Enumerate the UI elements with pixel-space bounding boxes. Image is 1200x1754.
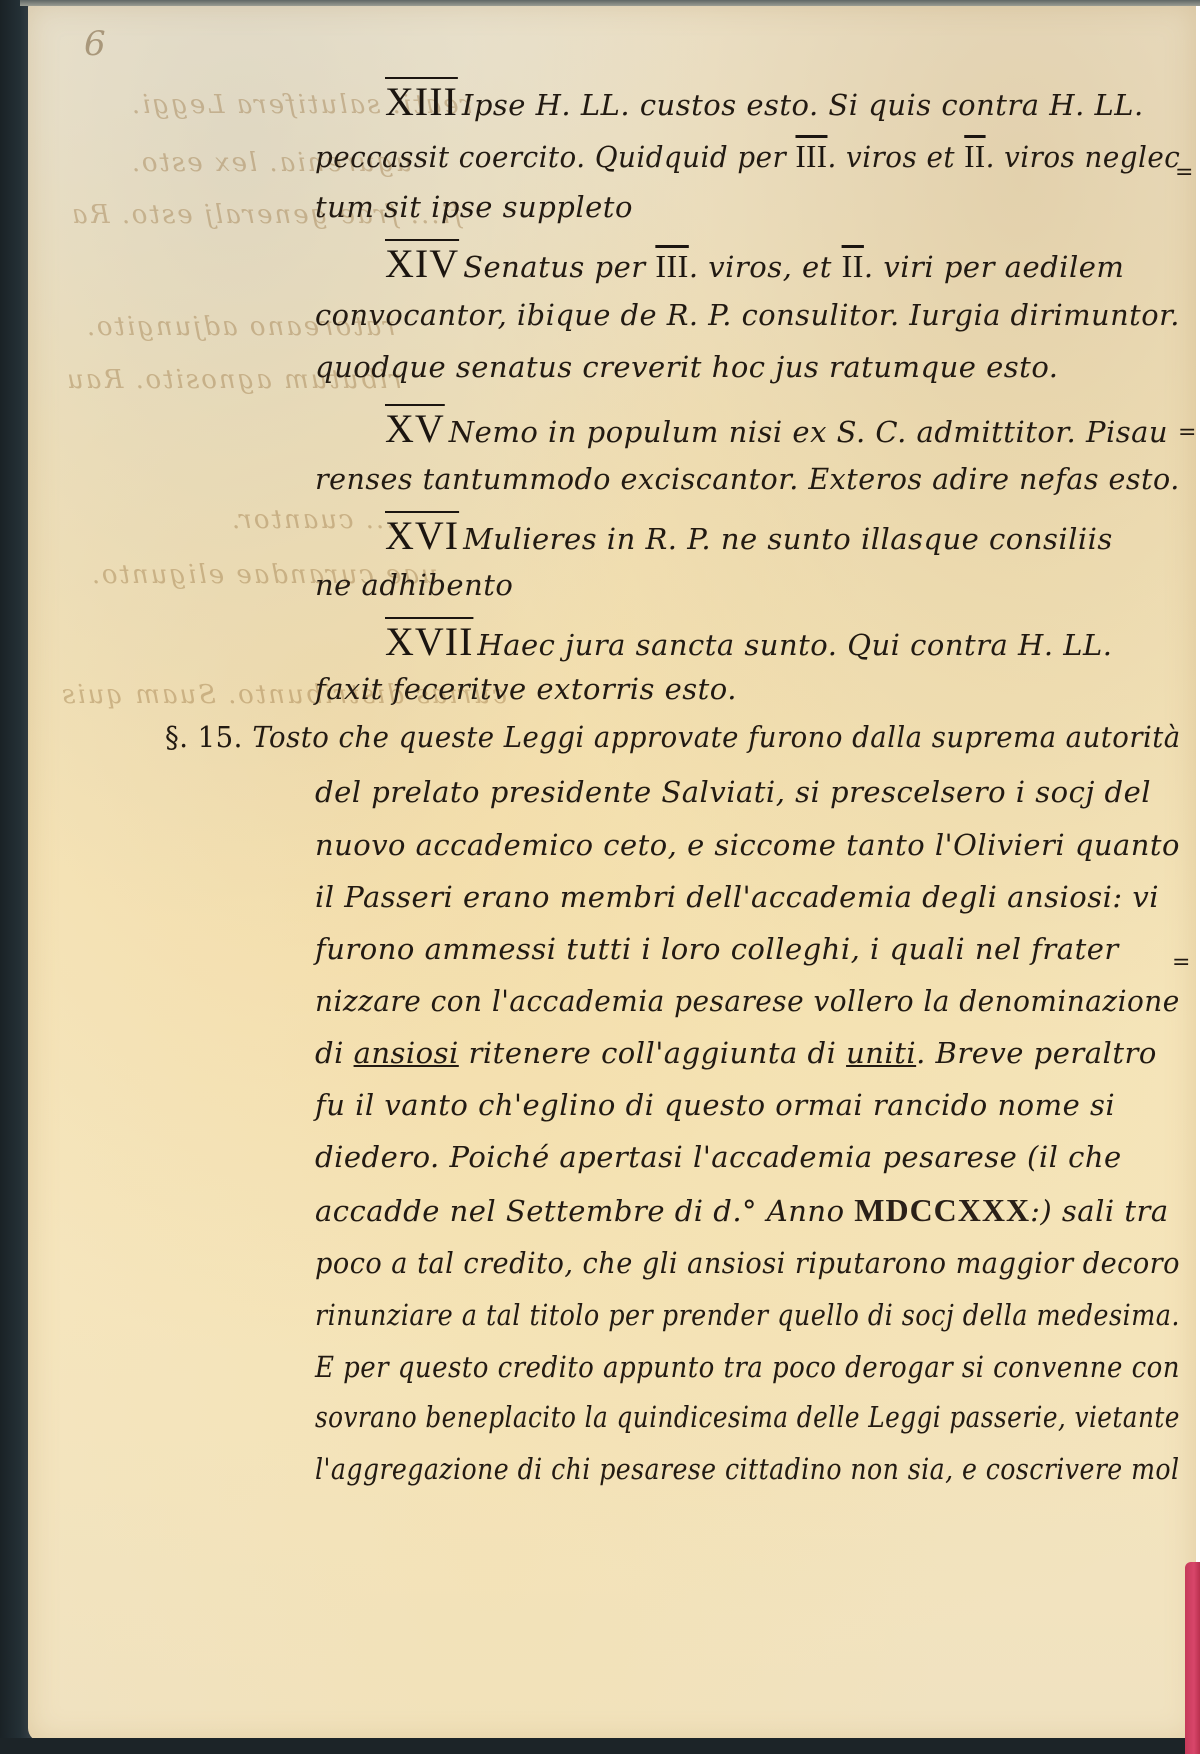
- law-xvi-line-2: ne adhibento: [315, 568, 513, 602]
- inline-numeral: II: [964, 138, 985, 174]
- law-numeral: XIV: [385, 241, 459, 286]
- inline-numeral: II: [842, 248, 864, 284]
- section-15-line-6: nizzare con l'accademia pesarese vollero…: [315, 984, 1180, 1018]
- law-xvi-line-1: XVIMulieres in R. P. ne sunto illasque c…: [385, 512, 1113, 559]
- law-numeral: XVII: [385, 619, 473, 664]
- page-bottom-edge: [0, 1738, 1200, 1754]
- section-15-line-1: §. 15.Tosto che queste Leggi approvate f…: [165, 720, 1181, 754]
- underlined-word: ansiosi: [354, 1036, 459, 1070]
- section-15-line-9: diedero. Poiché apertasi l'accademia pes…: [315, 1140, 1122, 1174]
- law-xv-line-2: renses tantummodo exciscantor. Exteros a…: [315, 462, 1180, 496]
- section-15-line-8: fu il vanto ch'eglino di questo ormai ra…: [315, 1088, 1115, 1122]
- section-15-line-15: l'aggregazione di chi pesarese cittadino…: [315, 1452, 1180, 1486]
- section-15-line-14: sovrano beneplacito la quindicesima dell…: [315, 1400, 1180, 1434]
- page-top-edge: [20, 0, 1200, 6]
- law-xvii-line-1: XVIIHaec jura sancta sunto. Qui contra H…: [385, 618, 1113, 665]
- section-15-line-4: il Passeri erano membri dell'accademia d…: [315, 880, 1159, 914]
- hyphen-mark: =: [1172, 950, 1190, 975]
- hyphen-mark: =: [1178, 420, 1196, 445]
- section-15-line-10: accadde nel Settembre di d.° Anno MDCCXX…: [315, 1192, 1169, 1229]
- section-15-line-11: poco a tal credito, che gli ansiosi ripu…: [315, 1246, 1180, 1280]
- law-xiii-line-3: tum sit ipse suppleto: [315, 190, 633, 224]
- section-15-line-3: nuovo accademico ceto, e siccome tanto l…: [315, 828, 1180, 862]
- section-15-line-12: rinunziare a tal titolo per prender quel…: [315, 1298, 1180, 1332]
- law-numeral: XV: [385, 406, 445, 451]
- section-15-line-2: del prelato presidente Salviati, si pres…: [315, 775, 1151, 809]
- section-15-line-5: furono ammessi tutti i loro colleghi, i …: [315, 932, 1119, 966]
- law-xiv-line-2: convocantor, ibique de R. P. consulitor.…: [315, 298, 1180, 332]
- law-numeral: XIII: [385, 79, 458, 124]
- section-15-line-7: di ansiosi ritenere coll'aggiunta di uni…: [315, 1036, 1157, 1070]
- section-15-line-13: E per questo credito appunto tra poco de…: [315, 1350, 1180, 1384]
- law-xiv-line-3: quodque senatus creverit hoc jus ratumqu…: [315, 350, 1059, 384]
- page-number: 6: [84, 24, 106, 64]
- law-xv-line-1: XVNemo in populum nisi ex S. C. admittit…: [385, 405, 1168, 452]
- law-numeral: XVI: [385, 513, 459, 558]
- inline-numeral: III: [795, 138, 827, 174]
- hyphen-mark: =: [1175, 160, 1193, 185]
- inline-numeral: III: [655, 248, 688, 284]
- underlined-word: uniti: [846, 1036, 916, 1070]
- bleed-through-text: ... cuantor.: [230, 505, 395, 535]
- year-numeral: MDCCXXX: [854, 1192, 1030, 1228]
- section-mark: §. 15.: [165, 720, 243, 754]
- law-xiv-line-1: XIVSenatus per III. viros, et II. viri p…: [385, 240, 1124, 287]
- law-xvii-line-2: faxit feceritve extorris esto.: [315, 672, 737, 706]
- law-xiii-line-2: peccassit coercito. Quidquid per III. vi…: [315, 138, 1180, 175]
- law-xiii-line-1: XIIIIpse H. LL. custos esto. Si quis con…: [385, 78, 1144, 125]
- red-bookmark-tab: [1185, 1562, 1200, 1754]
